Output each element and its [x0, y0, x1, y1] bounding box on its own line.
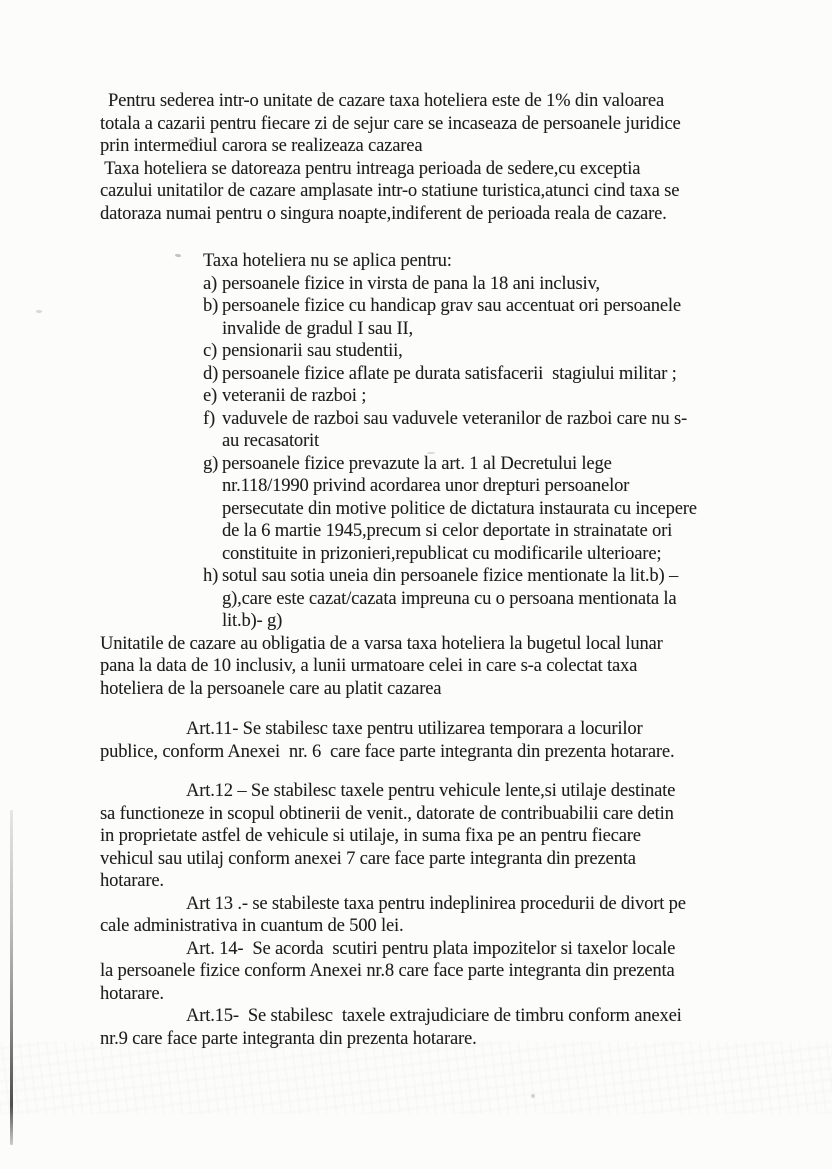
list-marker: c) — [203, 340, 222, 363]
exemption-item-d: d) persoanele fizice aflate pe durata sa… — [203, 363, 805, 386]
list-marker: e) — [203, 385, 222, 408]
paragraph-art-12: Art.12 – Se stabilesc taxele pentru vehi… — [100, 780, 805, 893]
exemption-item-b: b) persoanele fizice cu handicap grav sa… — [203, 295, 805, 340]
list-item-text: vaduvele de razboi sau vaduvele veterani… — [222, 408, 687, 453]
exemption-item-c: c) pensionarii sau studentii, — [203, 340, 805, 363]
exemption-item-g: g) persoanele fizice prevazute la art. 1… — [203, 453, 805, 566]
list-marker: a) — [203, 273, 222, 296]
list-marker: b) — [203, 295, 222, 318]
exemption-list-intro: Taxa hoteliera nu se aplica pentru: — [203, 250, 805, 273]
paragraph-art-13: Art 13 .- se stabileste taxa pentru inde… — [100, 893, 805, 938]
list-item-text: persoanele fizice in virsta de pana la 1… — [222, 273, 600, 296]
list-item-text: persoanele fizice aflate pe durata satis… — [222, 363, 677, 386]
list-item-text: persoanele fizice cu handicap grav sau a… — [222, 295, 681, 340]
exemption-item-h: h) sotul sau sotia uneia din persoanele … — [203, 565, 805, 633]
scan-speck — [36, 310, 42, 313]
paragraph-payment-obligation: Unitatile de cazare au obligatia de a va… — [100, 633, 805, 701]
exemption-item-a: a) persoanele fizice in virsta de pana l… — [203, 273, 805, 296]
exemption-list: Taxa hoteliera nu se aplica pentru: a) p… — [203, 250, 805, 633]
scan-noise-band — [0, 1042, 832, 1114]
paragraph-art-15: Art.15- Se stabilesc taxele extrajudicia… — [100, 1005, 805, 1050]
exemption-item-f: f) vaduvele de razboi sau vaduvele veter… — [203, 408, 805, 453]
list-item-text: persoanele fizice prevazute la art. 1 al… — [222, 453, 697, 566]
list-item-text: veteranii de razboi ; — [222, 385, 366, 408]
list-item-text: pensionarii sau studentii, — [222, 340, 403, 363]
list-marker: d) — [203, 363, 222, 386]
paragraph-hotel-tax-rate: Pentru sederea intr-o unitate de cazare … — [100, 90, 805, 225]
scanned-document-page: Pentru sederea intr-o unitate de cazare … — [0, 0, 832, 1169]
list-item-text: sotul sau sotia uneia din persoanele fiz… — [222, 565, 678, 633]
list-marker: g) — [203, 453, 222, 476]
paragraph-art-11: Art.11- Se stabilesc taxe pentru utiliza… — [100, 718, 805, 763]
paragraph-art-14: Art. 14- Se acorda scutiri pentru plata … — [100, 938, 805, 1006]
document-content: Pentru sederea intr-o unitate de cazare … — [100, 90, 805, 1050]
list-marker: f) — [203, 408, 222, 431]
exemption-item-e: e) veteranii de razboi ; — [203, 385, 805, 408]
list-marker: h) — [203, 565, 222, 588]
